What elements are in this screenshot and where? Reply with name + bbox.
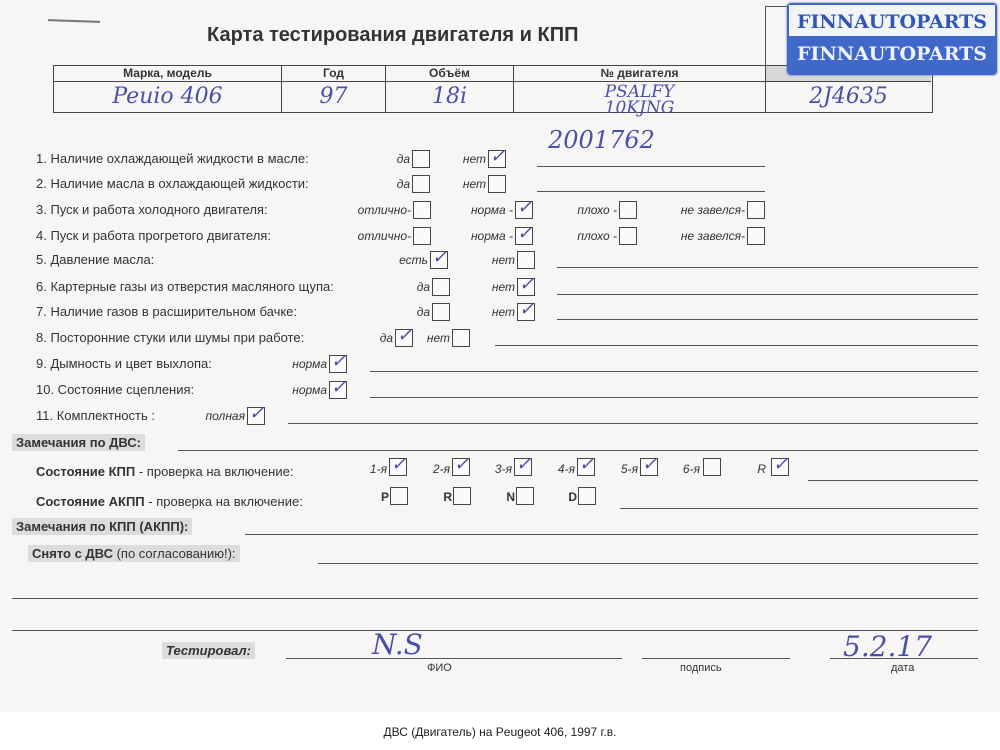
manual-gearbox-line[interactable] [808, 480, 978, 481]
gear-checkbox[interactable] [703, 458, 721, 476]
date-handwriting: 5.2.17 [843, 630, 932, 663]
option-label: нет [396, 152, 486, 166]
checklist-item-label: 3. Пуск и работа холодного двигателя: [36, 202, 268, 217]
blank-line-2[interactable] [12, 630, 978, 631]
removed-from-engine-label: Снято с ДВС (по согласованию!): [28, 545, 240, 562]
check-mark-icon: ✓ [391, 454, 406, 475]
pen-stroke [48, 19, 100, 23]
option-label: норма [237, 357, 327, 371]
check-mark-icon: ✓ [519, 299, 534, 320]
watermark-logo: FINNAUTOPARTS FINNAUTOPARTS [787, 3, 997, 75]
auto-gearbox-label: Состояние АКПП - проверка на включение: [36, 494, 303, 509]
option-label: да [340, 280, 430, 294]
checkbox[interactable] [488, 175, 506, 193]
remarks-engine-line[interactable] [178, 450, 978, 451]
checkbox[interactable] [747, 227, 765, 245]
gear-checkbox[interactable]: ✓ [452, 458, 470, 476]
engine-number-continuation: 2001762 [548, 126, 655, 154]
gear-checkbox[interactable]: ✓ [389, 458, 407, 476]
option-label: норма [237, 383, 327, 397]
col-label: Объём [386, 66, 513, 82]
check-mark-icon: ✓ [516, 454, 531, 475]
gear-label: 5-я [598, 462, 638, 476]
option-label: да [340, 305, 430, 319]
checklist-item-label: 4. Пуск и работа прогретого двигателя: [36, 228, 271, 243]
option-label: есть [338, 253, 428, 267]
checklist-item-label: 9. Дымность и цвет выхлопа: [36, 356, 212, 371]
checkbox[interactable]: ✓ [517, 303, 535, 321]
date-caption: дата [891, 662, 914, 674]
checklist-item-label: 6. Картерные газы из отверстия масляного… [36, 279, 334, 294]
position-checkbox[interactable] [578, 487, 596, 505]
manual-gearbox-label: Состояние КПП - проверка на включение: [36, 464, 293, 479]
gear-checkbox[interactable]: ✓ [771, 458, 789, 476]
checklist-item-label: 8. Посторонние стуки или шумы при работе… [36, 330, 304, 345]
remarks-gearbox-line[interactable] [245, 534, 978, 535]
check-mark-icon: ✓ [773, 454, 788, 475]
position-label: D [557, 490, 577, 504]
option-label: плохо - [527, 203, 617, 217]
position-checkbox[interactable] [390, 487, 408, 505]
checkbox[interactable] [619, 201, 637, 219]
option-label: плохо - [527, 229, 617, 243]
position-label: R [432, 490, 452, 504]
notes-line[interactable] [370, 371, 978, 372]
test-card-paper: Карта тестирования двигателя и КПП Марка… [0, 0, 1000, 712]
checklist-item-label: 11. Комплектность : [36, 408, 155, 423]
position-checkbox[interactable] [516, 487, 534, 505]
watermark-line-2: FINNAUTOPARTS [787, 36, 997, 75]
checkbox[interactable]: ✓ [517, 278, 535, 296]
notes-line[interactable] [557, 267, 978, 268]
notes-line[interactable] [537, 191, 765, 192]
checklist-item-label: 7. Наличие газов в расширительном бачке: [36, 304, 297, 319]
checkbox[interactable] [517, 251, 535, 269]
checklist-item-label: 5. Давление масла: [36, 252, 154, 267]
position-label: P [369, 490, 389, 504]
option-label: нет [425, 280, 515, 294]
col-volume: Объём 18i [386, 66, 514, 112]
col-year: Год 97 [282, 66, 386, 112]
tested-by-label: Тестировал: [162, 642, 255, 659]
engine-number-value: PSALFY 10KJNG [575, 82, 705, 116]
volume-value: 18i [386, 82, 513, 112]
option-label: нет [360, 331, 450, 345]
option-label: отлично- [321, 203, 411, 217]
option-label: не завелся- [655, 203, 745, 217]
check-mark-icon: ✓ [490, 146, 505, 167]
fio-handwriting: N.S [372, 628, 423, 661]
gear-label: 3-я [472, 462, 512, 476]
fio-caption: ФИО [427, 662, 452, 674]
make-model-value: Peuio 406 [54, 82, 281, 112]
position-checkbox[interactable] [453, 487, 471, 505]
option-label: норма - [423, 203, 513, 217]
remarks-gearbox-label: Замечания по КПП (АКПП): [12, 518, 192, 535]
option-label: не завелся- [655, 229, 745, 243]
checkbox[interactable]: ✓ [488, 150, 506, 168]
checkbox[interactable]: ✓ [329, 355, 347, 373]
checklist-item-label: 2. Наличие масла в охлаждающей жидкости: [36, 176, 309, 191]
notes-line[interactable] [288, 423, 978, 424]
col-engine-number: № двигателя PSALFY 10KJNG [514, 66, 766, 112]
signature-line[interactable] [642, 658, 790, 659]
check-mark-icon: ✓ [331, 351, 346, 372]
gear-label: 4-я [535, 462, 575, 476]
notes-line[interactable] [537, 166, 765, 167]
checkbox[interactable] [452, 329, 470, 347]
check-mark-icon: ✓ [642, 454, 657, 475]
image-caption: ДВС (Двигатель) на Peugeot 406, 1997 г.в… [0, 725, 1000, 739]
gear-label: R [726, 462, 766, 476]
extra-value: 2J4635 [766, 82, 931, 112]
watermark-line-1: FINNAUTOPARTS [787, 3, 997, 36]
check-mark-icon: ✓ [579, 454, 594, 475]
checklist-item-label: 10. Состояние сцепления: [36, 382, 194, 397]
gear-checkbox[interactable]: ✓ [577, 458, 595, 476]
checkbox[interactable] [619, 227, 637, 245]
gear-checkbox[interactable]: ✓ [514, 458, 532, 476]
option-label: нет [425, 305, 515, 319]
option-label: норма - [423, 229, 513, 243]
col-label: Год [282, 66, 385, 82]
check-mark-icon: ✓ [331, 377, 346, 398]
year-value: 97 [282, 82, 385, 112]
option-label: полная [155, 409, 245, 423]
checkbox[interactable]: ✓ [247, 407, 265, 425]
checkbox[interactable]: ✓ [329, 381, 347, 399]
gear-label: 6-я [660, 462, 700, 476]
check-mark-icon: ✓ [454, 454, 469, 475]
page-title: Карта тестирования двигателя и КПП [207, 24, 578, 47]
notes-line[interactable] [557, 294, 978, 295]
col-label: Марка, модель [54, 66, 281, 82]
col-make-model: Марка, модель Peuio 406 [54, 66, 282, 112]
checklist-item-label: 1. Наличие охлаждающей жидкости в масле: [36, 151, 309, 166]
fio-line[interactable] [286, 658, 622, 659]
gear-label: 1-я [347, 462, 387, 476]
gear-label: 2-я [410, 462, 450, 476]
col-label: № двигателя [514, 66, 765, 82]
blank-line-1[interactable] [12, 598, 978, 599]
signature-caption: подпись [680, 662, 722, 674]
option-label: нет [425, 253, 515, 267]
check-mark-icon: ✓ [519, 274, 534, 295]
remarks-engine-label: Замечания по ДВС: [12, 434, 145, 451]
gear-checkbox[interactable]: ✓ [640, 458, 658, 476]
option-label: отлично- [321, 229, 411, 243]
checkbox[interactable] [747, 201, 765, 219]
auto-gearbox-line[interactable] [620, 508, 978, 509]
option-label: нет [396, 177, 486, 191]
check-mark-icon: ✓ [249, 403, 264, 424]
removed-line[interactable] [318, 563, 978, 564]
position-label: N [495, 490, 515, 504]
notes-line[interactable] [557, 319, 978, 320]
notes-line[interactable] [370, 397, 978, 398]
notes-line[interactable] [495, 345, 978, 346]
